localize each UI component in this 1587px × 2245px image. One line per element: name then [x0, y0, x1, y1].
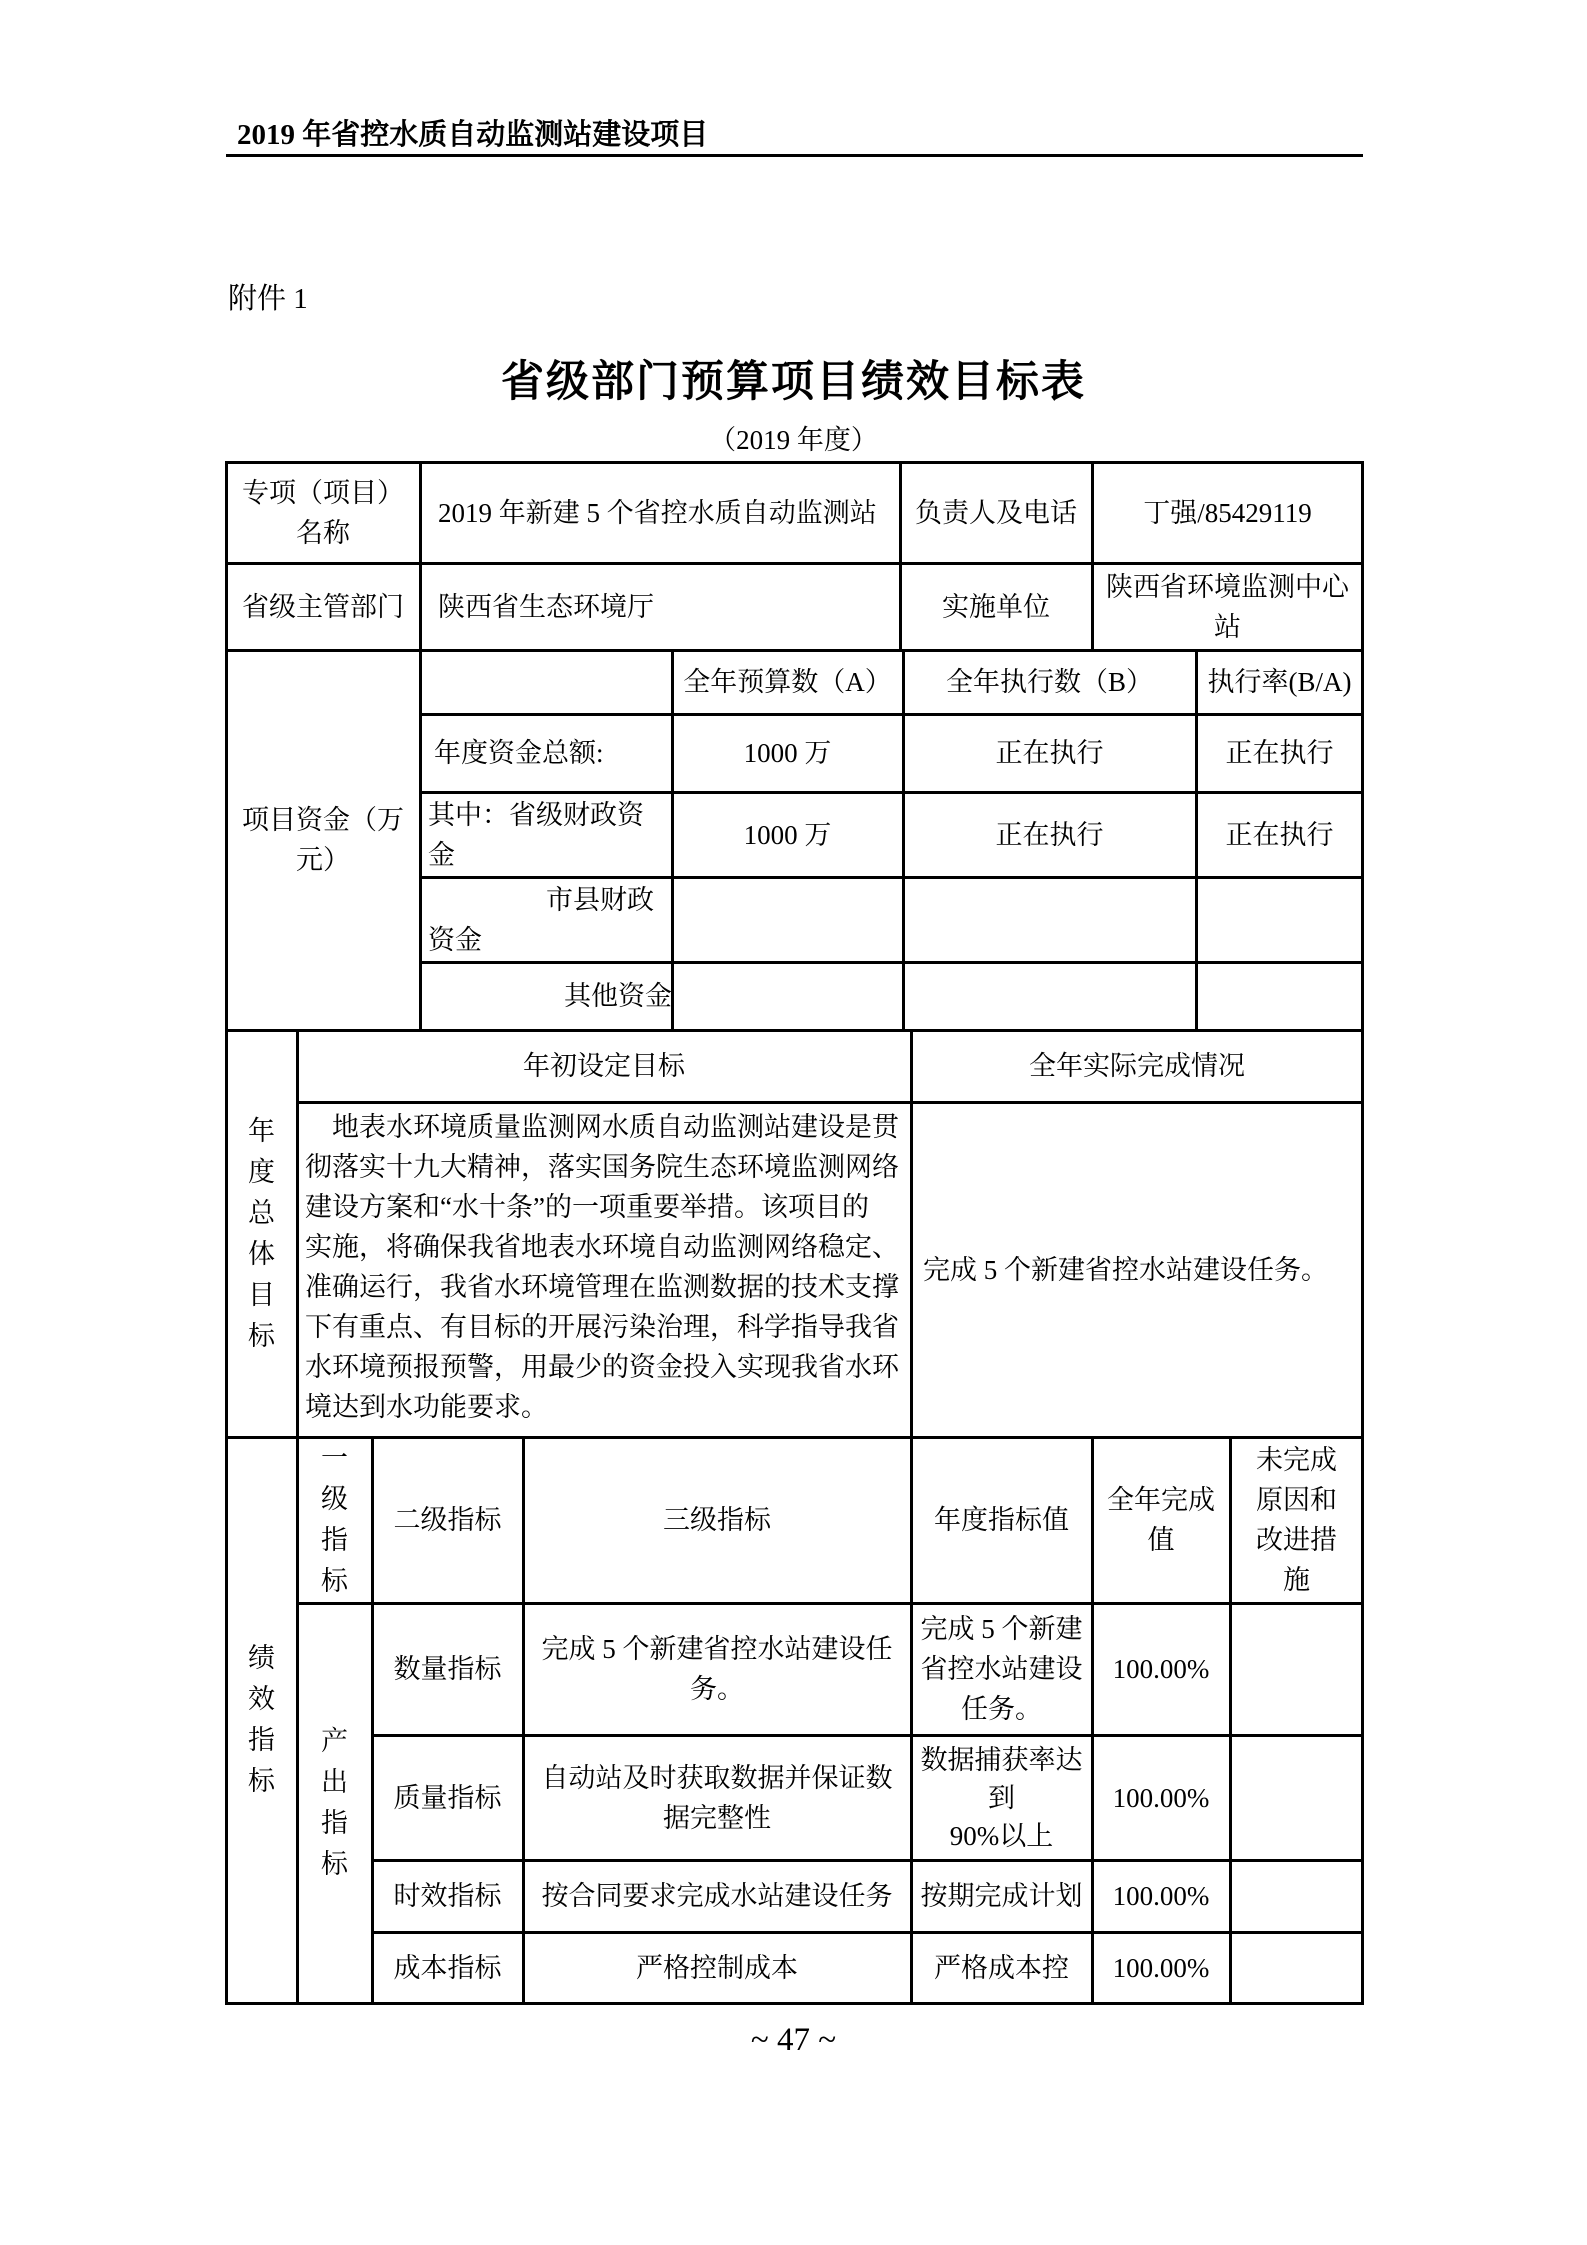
- page-number: ~ 47 ~: [0, 2022, 1587, 2059]
- project-name-label: 专项（项目） 名称: [226, 462, 420, 563]
- annual-goal-text: 地表水环境质量监测网水质自动监测站建设是贯 彻落实十九大精神，落实国务院生态环境…: [297, 1102, 911, 1437]
- attachment-label: 附件 1: [228, 276, 308, 317]
- indicator-row-quality-level2: 质量指标: [372, 1735, 523, 1860]
- annual-goal-col-actual: 全年实际完成情况: [911, 1030, 1363, 1102]
- page-title: 省级部门预算项目绩效目标表: [0, 348, 1587, 409]
- indicators-col-target: 年度指标值: [911, 1437, 1092, 1603]
- indicator-row-timeliness-level2: 时效指标: [372, 1860, 523, 1932]
- indicator-row-quality-completion: 100.00%: [1092, 1735, 1230, 1860]
- impl-unit-value: 陕西省环境监测中心 站: [1092, 563, 1363, 650]
- annual-goal-col-set: 年初设定目标: [297, 1030, 911, 1102]
- funding-row-total-executed: 正在执行: [903, 714, 1196, 792]
- indicator-row-quantity-completion: 100.00%: [1092, 1603, 1230, 1735]
- funding-row-total-rate: 正在执行: [1196, 714, 1363, 792]
- annual-goal-section-label: 年度总体目标: [226, 1030, 297, 1437]
- indicators-section-label: 绩效指标: [226, 1437, 297, 2003]
- annual-goal-section-label-text: 年度总体目标: [247, 1111, 277, 1357]
- indicator-row-cost-completion: 100.00%: [1092, 1932, 1230, 2003]
- funding-row-provincial-budget: 1000 万: [672, 792, 903, 877]
- running-header: 2019 年省控水质自动监测站建设项目: [237, 112, 708, 153]
- project-name-value: 2019 年新建 5 个省控水质自动监测站: [420, 462, 918, 563]
- funding-col-executed: 全年执行数（B）: [903, 650, 1196, 714]
- indicators-col-level2: 二级指标: [372, 1437, 523, 1603]
- funding-row-provincial-label: 其中：省级财政资 金: [420, 792, 680, 877]
- funding-row-total-budget: 1000 万: [672, 714, 903, 792]
- indicators-col-completion: 全年完成 值: [1092, 1437, 1230, 1603]
- indicators-level1-group: 产出指标: [297, 1603, 372, 2003]
- indicator-row-timeliness-level3: 按合同要求完成水站建设任务: [523, 1860, 911, 1932]
- indicator-row-cost-level2: 成本指标: [372, 1932, 523, 2003]
- document-page: 2019 年省控水质自动监测站建设项目 附件 1 省级部门预算项目绩效目标表 （…: [0, 0, 1587, 2245]
- dept-value: 陕西省生态环境厅: [420, 563, 918, 650]
- annual-actual-text: 完成 5 个新建省控水站建设任务。: [911, 1102, 1363, 1437]
- header-rule: [226, 154, 1363, 157]
- indicators-col-reason: 未完成 原因和 改进措 施: [1230, 1437, 1363, 1603]
- indicators-level1-group-text: 产出指标: [320, 1721, 350, 1885]
- funding-row-provincial-rate: 正在执行: [1196, 792, 1363, 877]
- funding-row-municipal-label: 市县财政 资金: [420, 877, 672, 962]
- indicator-row-quality-target: 数据捕获率达 到 90%以上: [911, 1735, 1092, 1860]
- indicator-row-timeliness-target: 按期完成计划: [911, 1860, 1092, 1932]
- indicator-row-quantity-target: 完成 5 个新建 省控水站建设 任务。: [911, 1603, 1092, 1735]
- funding-row-total-label: 年度资金总额:: [420, 714, 686, 792]
- funding-row-municipal-label-line2: 资金: [420, 920, 672, 960]
- indicators-col-level3: 三级指标: [523, 1437, 911, 1603]
- indicators-col-level1: 一级指标: [297, 1437, 372, 1603]
- dept-label: 省级主管部门: [226, 563, 420, 650]
- funding-row-other-label: 其他资金: [420, 962, 690, 1030]
- page-subtitle: （2019 年度）: [0, 418, 1587, 457]
- indicator-row-quantity-level2: 数量指标: [372, 1603, 523, 1735]
- funding-col-rate: 执行率(B/A): [1196, 650, 1363, 714]
- indicators-col-level1-text: 一级指标: [320, 1438, 350, 1602]
- indicators-section-label-text: 绩效指标: [247, 1638, 277, 1802]
- manager-value: 丁强/85429119: [1092, 462, 1363, 563]
- indicator-row-timeliness-completion: 100.00%: [1092, 1860, 1230, 1932]
- manager-label: 负责人及电话: [900, 462, 1092, 563]
- indicator-row-quality-level3: 自动站及时获取数据并保证数 据完整性: [523, 1735, 911, 1860]
- indicator-row-quantity-level3: 完成 5 个新建省控水站建设任 务。: [523, 1603, 911, 1735]
- funding-section-label: 项目资金（万 元）: [226, 650, 420, 1030]
- funding-row-provincial-executed: 正在执行: [903, 792, 1196, 877]
- funding-row-municipal-label-line1: 市县财政: [420, 880, 672, 920]
- indicator-row-cost-target: 严格成本控: [911, 1932, 1092, 2003]
- impl-unit-label: 实施单位: [900, 563, 1092, 650]
- indicator-row-cost-level3: 严格控制成本: [523, 1932, 911, 2003]
- funding-col-budget: 全年预算数（A）: [672, 650, 903, 714]
